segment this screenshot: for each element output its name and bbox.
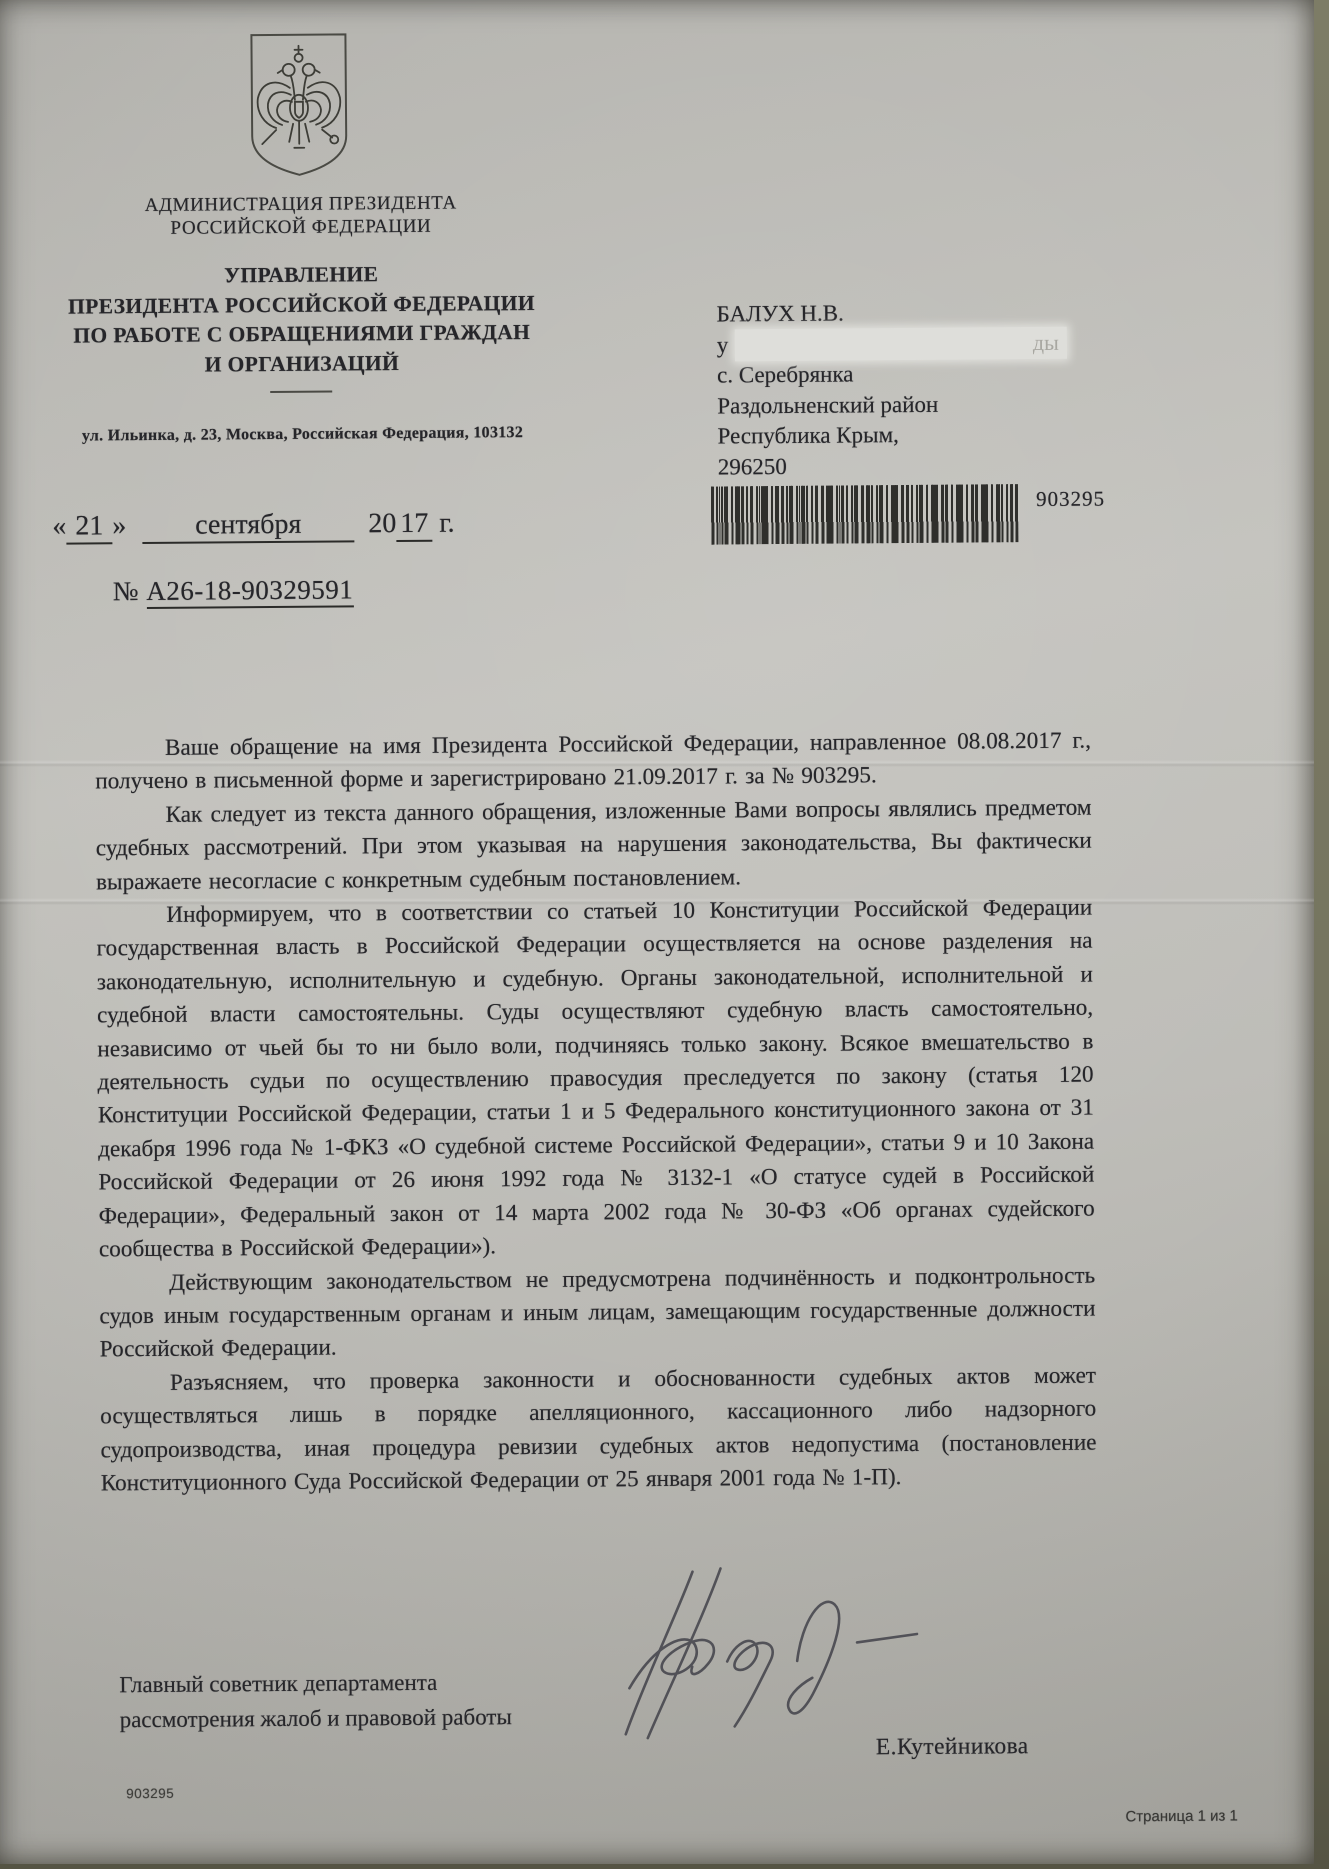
letter-page: АДМИНИСТРАЦИЯ ПРЕЗИДЕНТА РОССИЙСКОЙ ФЕДЕ… <box>0 0 1314 1864</box>
recipient-block: БАЛУХ Н.В. у ды с. Серебрянка Раздольнен… <box>716 298 938 483</box>
org-header-line2: РОССИЙСКОЙ ФЕДЕРАЦИИ <box>31 214 571 241</box>
coat-of-arms-icon <box>245 31 352 178</box>
body-paragraph-1: Ваше обращение на имя Президента Российс… <box>95 725 1091 800</box>
date-month: сентября <box>142 508 354 544</box>
date-line: «21»сентября2017 г. <box>52 508 455 545</box>
recipient-settlement: с. Серебрянка <box>717 359 938 391</box>
signer-position: Главный советник департамента рассмотрен… <box>119 1665 512 1737</box>
letter-body: Ваше обращение на имя Президента Российс… <box>95 725 1097 1501</box>
barcode <box>711 484 1018 544</box>
signature-autograph <box>594 1564 967 1755</box>
signer-name: Е.Кутейникова <box>876 1733 1029 1761</box>
body-paragraph-4: Действующим законодательством не предусм… <box>99 1259 1096 1367</box>
date-quote-close: » <box>112 510 126 541</box>
date-year-prefix: 20 <box>368 508 396 539</box>
scanned-letter-photo: АДМИНИСТРАЦИЯ ПРЕЗИДЕНТА РОССИЙСКОЙ ФЕДЕ… <box>0 0 1329 1869</box>
recipient-street-prefix: у <box>717 332 729 357</box>
barcode-number: 903295 <box>1036 486 1105 512</box>
body-paragraph-2: Как следует из текста данного обращения,… <box>95 791 1092 899</box>
letterhead-divider <box>270 391 332 393</box>
org-name: УПРАВЛЕНИЕ ПРЕЗИДЕНТА РОССИЙСКОЙ ФЕДЕРАЦ… <box>31 259 572 381</box>
org-name-line3: ПО РАБОТЕ С ОБРАЩЕНИЯМИ ГРАЖДАН <box>32 318 572 352</box>
redaction-box: ды <box>735 326 1067 361</box>
date-day: 21 <box>66 510 112 544</box>
body-paragraph-5: Разъясняем, что проверка законности и об… <box>100 1359 1097 1500</box>
ref-value: А26-18-90329591 <box>146 574 353 609</box>
org-header: АДМИНИСТРАЦИЯ ПРЕЗИДЕНТА РОССИЙСКОЙ ФЕДЕ… <box>31 191 571 241</box>
recipient-district: Раздольненский район <box>717 389 938 421</box>
recipient-region: Республика Крым, <box>717 420 938 452</box>
signer-position-line1: Главный советник департамента <box>119 1665 512 1703</box>
org-name-line2: ПРЕЗИДЕНТА РОССИЙСКОЙ ФЕДЕРАЦИИ <box>31 288 571 322</box>
footer-page-info: Страница 1 из 1 <box>1125 1807 1238 1825</box>
footer-doc-number: 903295 <box>126 1786 174 1801</box>
date-year-suffix: 17 <box>396 508 432 542</box>
signer-position-line2: рассмотрения жалоб и правовой работы <box>120 1700 513 1738</box>
redaction-faint-text: ды <box>1033 327 1059 358</box>
org-address: ул. Ильинка, д. 23, Москва, Российская Ф… <box>27 424 577 446</box>
date-quote-open: « <box>52 511 66 542</box>
recipient-postcode: 296250 <box>718 450 939 482</box>
date-era: г. <box>439 508 455 539</box>
org-name-line1: УПРАВЛЕНИЕ <box>31 259 571 293</box>
ref-prefix: № <box>113 576 147 606</box>
reference-number: № А26-18-90329591 <box>113 574 354 607</box>
body-paragraph-3: Информируем, что в соответствии со стать… <box>96 892 1095 1267</box>
recipient-name: БАЛУХ Н.В. <box>716 298 937 330</box>
org-name-line4: И ОРГАНИЗАЦИЙ <box>32 347 572 381</box>
recipient-street-row: у ды <box>717 328 938 360</box>
